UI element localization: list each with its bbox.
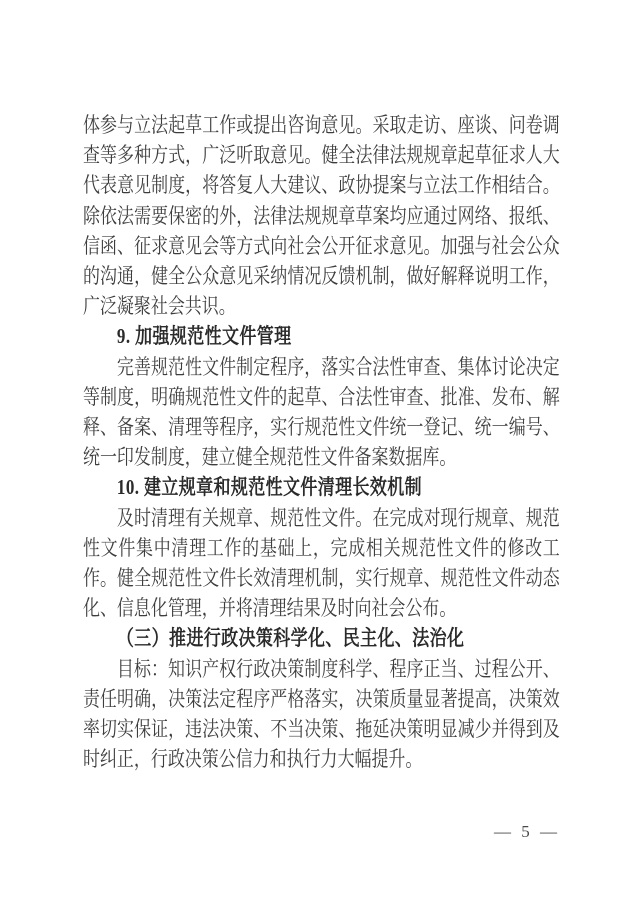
paragraph-public-consultation: 体参与立法起草工作或提出咨询意见。采取走访、座谈、问卷调查等多种方式，广泛听取意… [83, 110, 560, 321]
paragraph-document-clearing-mechanism: 及时清理有关规章、规范性文件。在完成对现行规章、规范性文件集中清理工作的基础上，… [83, 503, 560, 624]
paragraph-decision-making-goals: 目标：知识产权行政决策制度科学、程序正当、过程公开、责任明确，决策法定程序严格落… [83, 654, 560, 775]
document-page: 体参与立法起草工作或提出咨询意见。采取走访、座谈、问卷调查等多种方式，广泛听取意… [0, 0, 640, 906]
section-heading-9: 9. 加强规范性文件管理 [83, 321, 560, 351]
section-heading-10: 10. 建立规章和规范性文件清理长效机制 [83, 472, 560, 502]
paragraph-normative-document-management: 完善规范性文件制定程序，落实合法性审查、集体讨论决定等制度，明确规范性文件的起草… [83, 352, 560, 473]
page-number: — 5 — [494, 821, 560, 843]
section-heading-three: （三）推进行政决策科学化、民主化、法治化 [83, 623, 560, 653]
document-body: 体参与立法起草工作或提出咨询意见。采取走访、座谈、问卷调查等多种方式，广泛听取意… [83, 110, 560, 774]
